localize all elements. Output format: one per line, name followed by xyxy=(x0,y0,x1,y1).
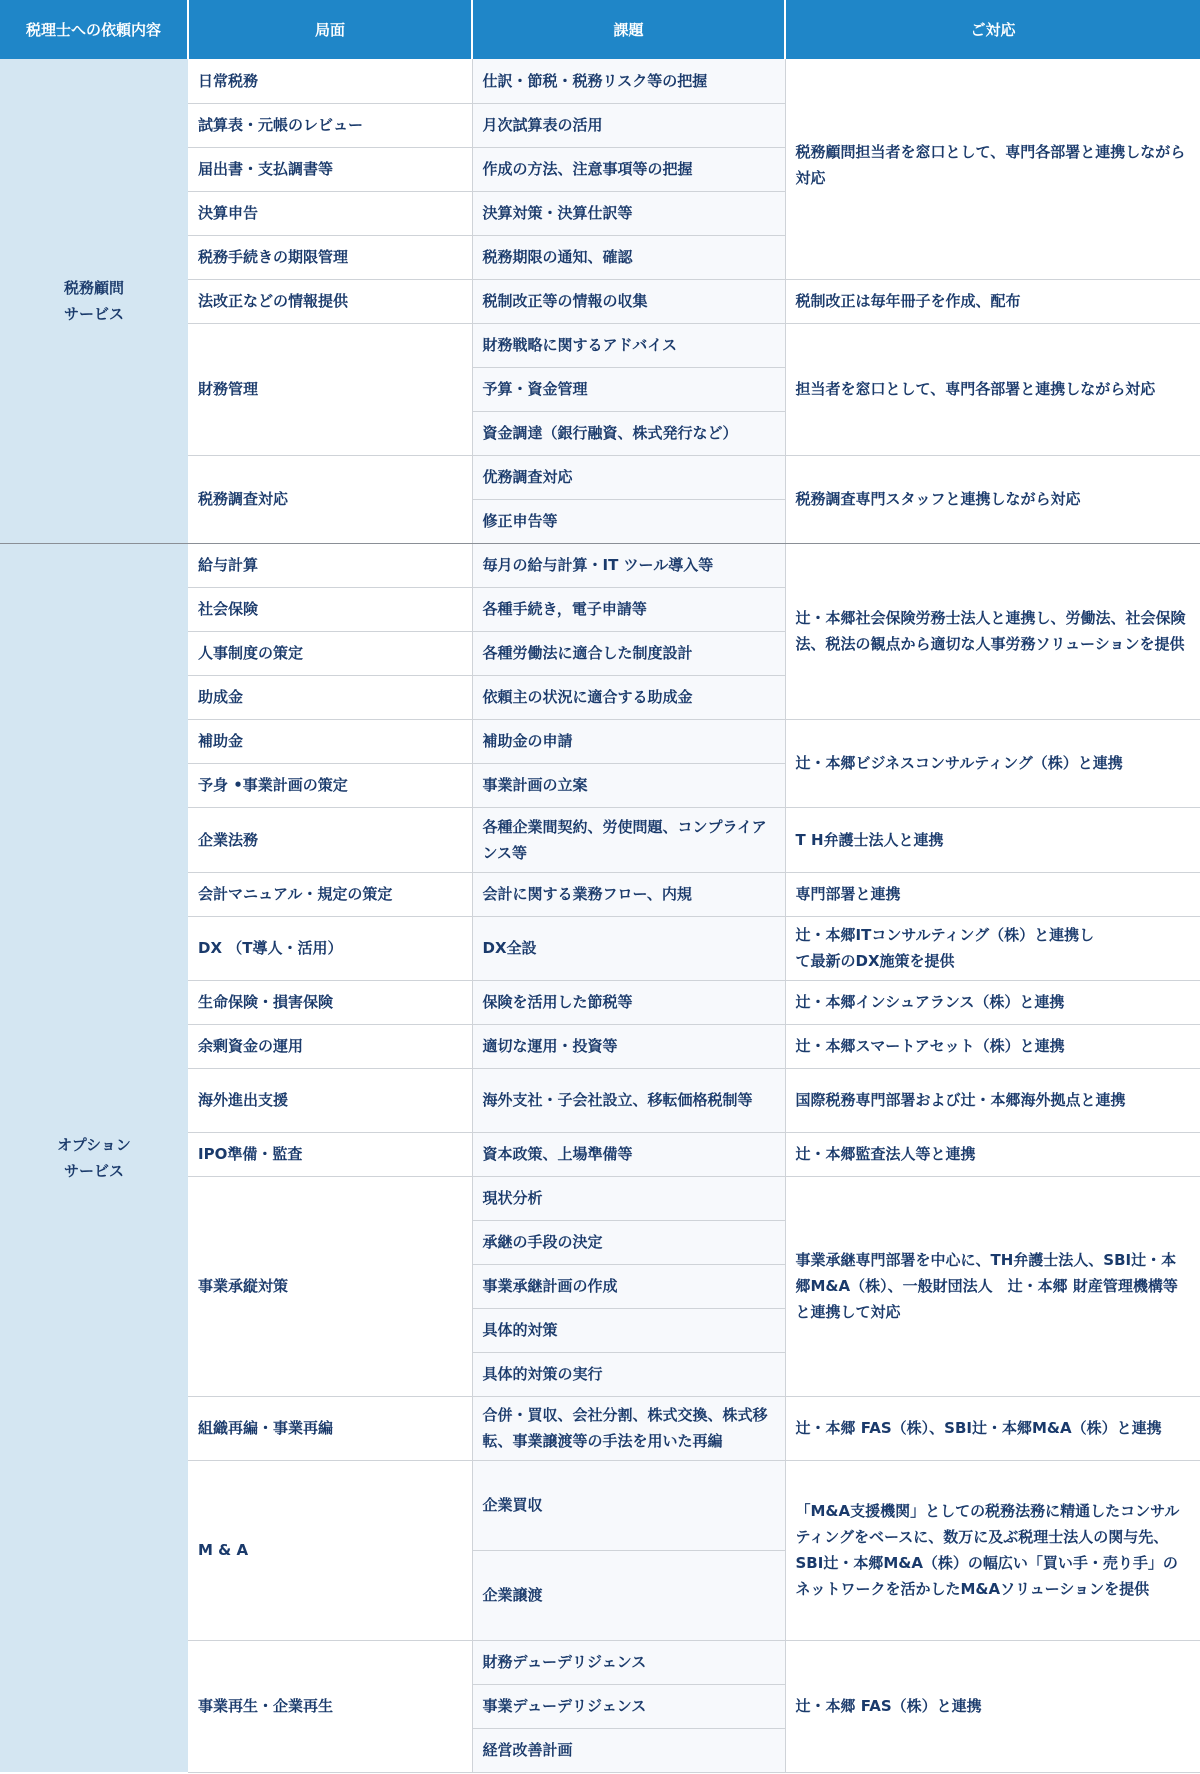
phase-cell: 事業再生・企業再生 xyxy=(188,1640,472,1772)
issue-cell: 毎月の給与計算・IT ツール導入等 xyxy=(472,543,785,587)
response-cell: 国際税務専門部署および辻・本郷海外拠点と連携 xyxy=(785,1068,1200,1132)
response-cell: 税務調査専門スタッフと連携しながら対応 xyxy=(785,455,1200,543)
phase-cell: 会計マニュアル・規定の策定 xyxy=(188,872,472,916)
issue-cell: 仕訳・節税・税務リスク等の把握 xyxy=(472,59,785,103)
phase-cell: 社会保険 xyxy=(188,587,472,631)
response-cell: 辻・本郷社会保険労務士法人と連携し、労働法、社会保険法、税法の観点から適切な人事… xyxy=(785,543,1200,719)
category-tax-advisory: 税務顧問 サービス xyxy=(0,59,188,543)
table-header-row: 税理士への依頼内容 局面 課題 ご対応 xyxy=(0,0,1200,59)
issue-cell: 各種企業間契約、労使問題、コンプライアンス等 xyxy=(472,807,785,872)
service-table: 税理士への依頼内容 局面 課題 ご対応 税務顧問 サービス 日常税務 仕訳・節税… xyxy=(0,0,1200,1773)
issue-cell: 具体的対策の実行 xyxy=(472,1352,785,1396)
phase-cell: 決算申告 xyxy=(188,191,472,235)
issue-cell: 事業デューデリジェンス xyxy=(472,1684,785,1728)
response-cell: 辻・本郷スマートアセット（株）と連携 xyxy=(785,1024,1200,1068)
issue-cell: 企業譲渡 xyxy=(472,1550,785,1640)
issue-cell: 会計に関する業務フロー、内規 xyxy=(472,872,785,916)
table-row: オプション サービス 給与計算 毎月の給与計算・IT ツール導入等 辻・本郷社会… xyxy=(0,543,1200,587)
phase-cell: 税務手続きの期限管理 xyxy=(188,235,472,279)
phase-cell: 税務調査対応 xyxy=(188,455,472,543)
phase-cell: 生命保険・損害保険 xyxy=(188,980,472,1024)
category-label-line: サービス xyxy=(10,1158,178,1184)
phase-cell: 補助金 xyxy=(188,719,472,763)
phase-cell: DX （T導人・活用） xyxy=(188,916,472,980)
issue-cell: DX全設 xyxy=(472,916,785,980)
phase-cell: 海外進出支援 xyxy=(188,1068,472,1132)
phase-cell: 組織再編・事業再編 xyxy=(188,1396,472,1460)
issue-cell: 事業計画の立案 xyxy=(472,763,785,807)
response-cell: 「M&A支援機関」としての税務法務に精通したコンサルティングをベースに、数万に及… xyxy=(785,1460,1200,1640)
category-label-line: オプション xyxy=(10,1132,178,1158)
issue-cell: 合併・買収、会社分割、株式交換、株式移転、事業譲渡等の手法を用いた再編 xyxy=(472,1396,785,1460)
column-header-phase: 局面 xyxy=(188,0,472,59)
issue-cell: 財務戦略に関するアドバイス xyxy=(472,323,785,367)
issue-cell: 具体的対策 xyxy=(472,1308,785,1352)
issue-cell: 企業買収 xyxy=(472,1460,785,1550)
category-label-line: サービス xyxy=(10,301,178,327)
issue-cell: 优務調査対応 xyxy=(472,455,785,499)
response-cell: 辻・本郷ITコンサルティング（株）と連携して最新のDX施策を提供 xyxy=(785,916,1200,980)
response-cell: 税制改正は毎年冊子を作成、配布 xyxy=(785,279,1200,323)
table-row: 税務顧問 サービス 日常税務 仕訳・節税・税務リスク等の把握 税務顧問担当者を窓… xyxy=(0,59,1200,103)
response-cell: 事業承継専門部署を中心に、TH弁護士法人、SBI辻・本郷M&A（株）、一般財団法… xyxy=(785,1176,1200,1396)
issue-cell: 適切な運用・投資等 xyxy=(472,1024,785,1068)
issue-cell: 各種労働法に適合した制度設計 xyxy=(472,631,785,675)
issue-cell: 経営改善計画 xyxy=(472,1728,785,1772)
issue-cell: 財務デューデリジェンス xyxy=(472,1640,785,1684)
issue-cell: 修正申告等 xyxy=(472,499,785,543)
issue-cell: 税務期限の通知、確認 xyxy=(472,235,785,279)
phase-cell: 給与計算 xyxy=(188,543,472,587)
phase-cell: 試算表・元帳のレビュー xyxy=(188,103,472,147)
issue-cell: 各種手続き，電子申請等 xyxy=(472,587,785,631)
response-cell: 担当者を窓口として、専門各部署と連携しながら対応 xyxy=(785,323,1200,455)
phase-cell: IPO準備・監査 xyxy=(188,1132,472,1176)
issue-cell: 保険を活用した節税等 xyxy=(472,980,785,1024)
issue-cell: 現状分析 xyxy=(472,1176,785,1220)
phase-cell: 財務管理 xyxy=(188,323,472,455)
issue-cell: 税制改正等の情報の収集 xyxy=(472,279,785,323)
response-cell: 辻・本郷監査法人等と連携 xyxy=(785,1132,1200,1176)
category-option-service: オプション サービス xyxy=(0,543,188,1772)
phase-cell: 事業承縦対策 xyxy=(188,1176,472,1396)
phase-cell: 余剰資金の運用 xyxy=(188,1024,472,1068)
issue-cell: 決算対策・決算仕訳等 xyxy=(472,191,785,235)
phase-cell: 助成金 xyxy=(188,675,472,719)
phase-cell: 企業法務 xyxy=(188,807,472,872)
phase-cell: 届出書・支払調書等 xyxy=(188,147,472,191)
phase-cell: 日常税務 xyxy=(188,59,472,103)
response-cell: 専門部署と連携 xyxy=(785,872,1200,916)
response-cell: 辻・本郷インシュアランス（株）と連携 xyxy=(785,980,1200,1024)
response-cell: 税務顧問担当者を窓口として、専門各部署と連携しながら対応 xyxy=(785,59,1200,279)
issue-cell: 資本政策、上場準備等 xyxy=(472,1132,785,1176)
column-header-issue: 課題 xyxy=(472,0,785,59)
column-header-response: ご対応 xyxy=(785,0,1200,59)
response-cell: 辻・本郷 FAS（株）、SBI辻・本郷M&A（株）と連携 xyxy=(785,1396,1200,1460)
issue-cell: 作成の方法、注意事項等の把握 xyxy=(472,147,785,191)
phase-cell: 人事制度の策定 xyxy=(188,631,472,675)
issue-cell: 資金調達（銀行融資、株式発行など） xyxy=(472,411,785,455)
issue-cell: 依頼主の状況に適合する助成金 xyxy=(472,675,785,719)
response-cell: 辻・本郷ビジネスコンサルティング（株）と連携 xyxy=(785,719,1200,807)
issue-cell: 予算・資金管理 xyxy=(472,367,785,411)
issue-cell: 承継の手段の決定 xyxy=(472,1220,785,1264)
column-header-request: 税理士への依頼内容 xyxy=(0,0,188,59)
phase-cell: M & A xyxy=(188,1460,472,1640)
phase-cell: 予身 •事業計画の策定 xyxy=(188,763,472,807)
category-label-line: 税務顧問 xyxy=(10,275,178,301)
issue-cell: 海外支社・子会社設立、移転価格税制等 xyxy=(472,1068,785,1132)
response-cell: 辻・本郷 FAS（株）と連携 xyxy=(785,1640,1200,1772)
issue-cell: 月次試算表の活用 xyxy=(472,103,785,147)
issue-cell: 補助金の申請 xyxy=(472,719,785,763)
phase-cell: 法改正などの情報提供 xyxy=(188,279,472,323)
response-cell: T H弁護士法人と連携 xyxy=(785,807,1200,872)
issue-cell: 事業承継計画の作成 xyxy=(472,1264,785,1308)
